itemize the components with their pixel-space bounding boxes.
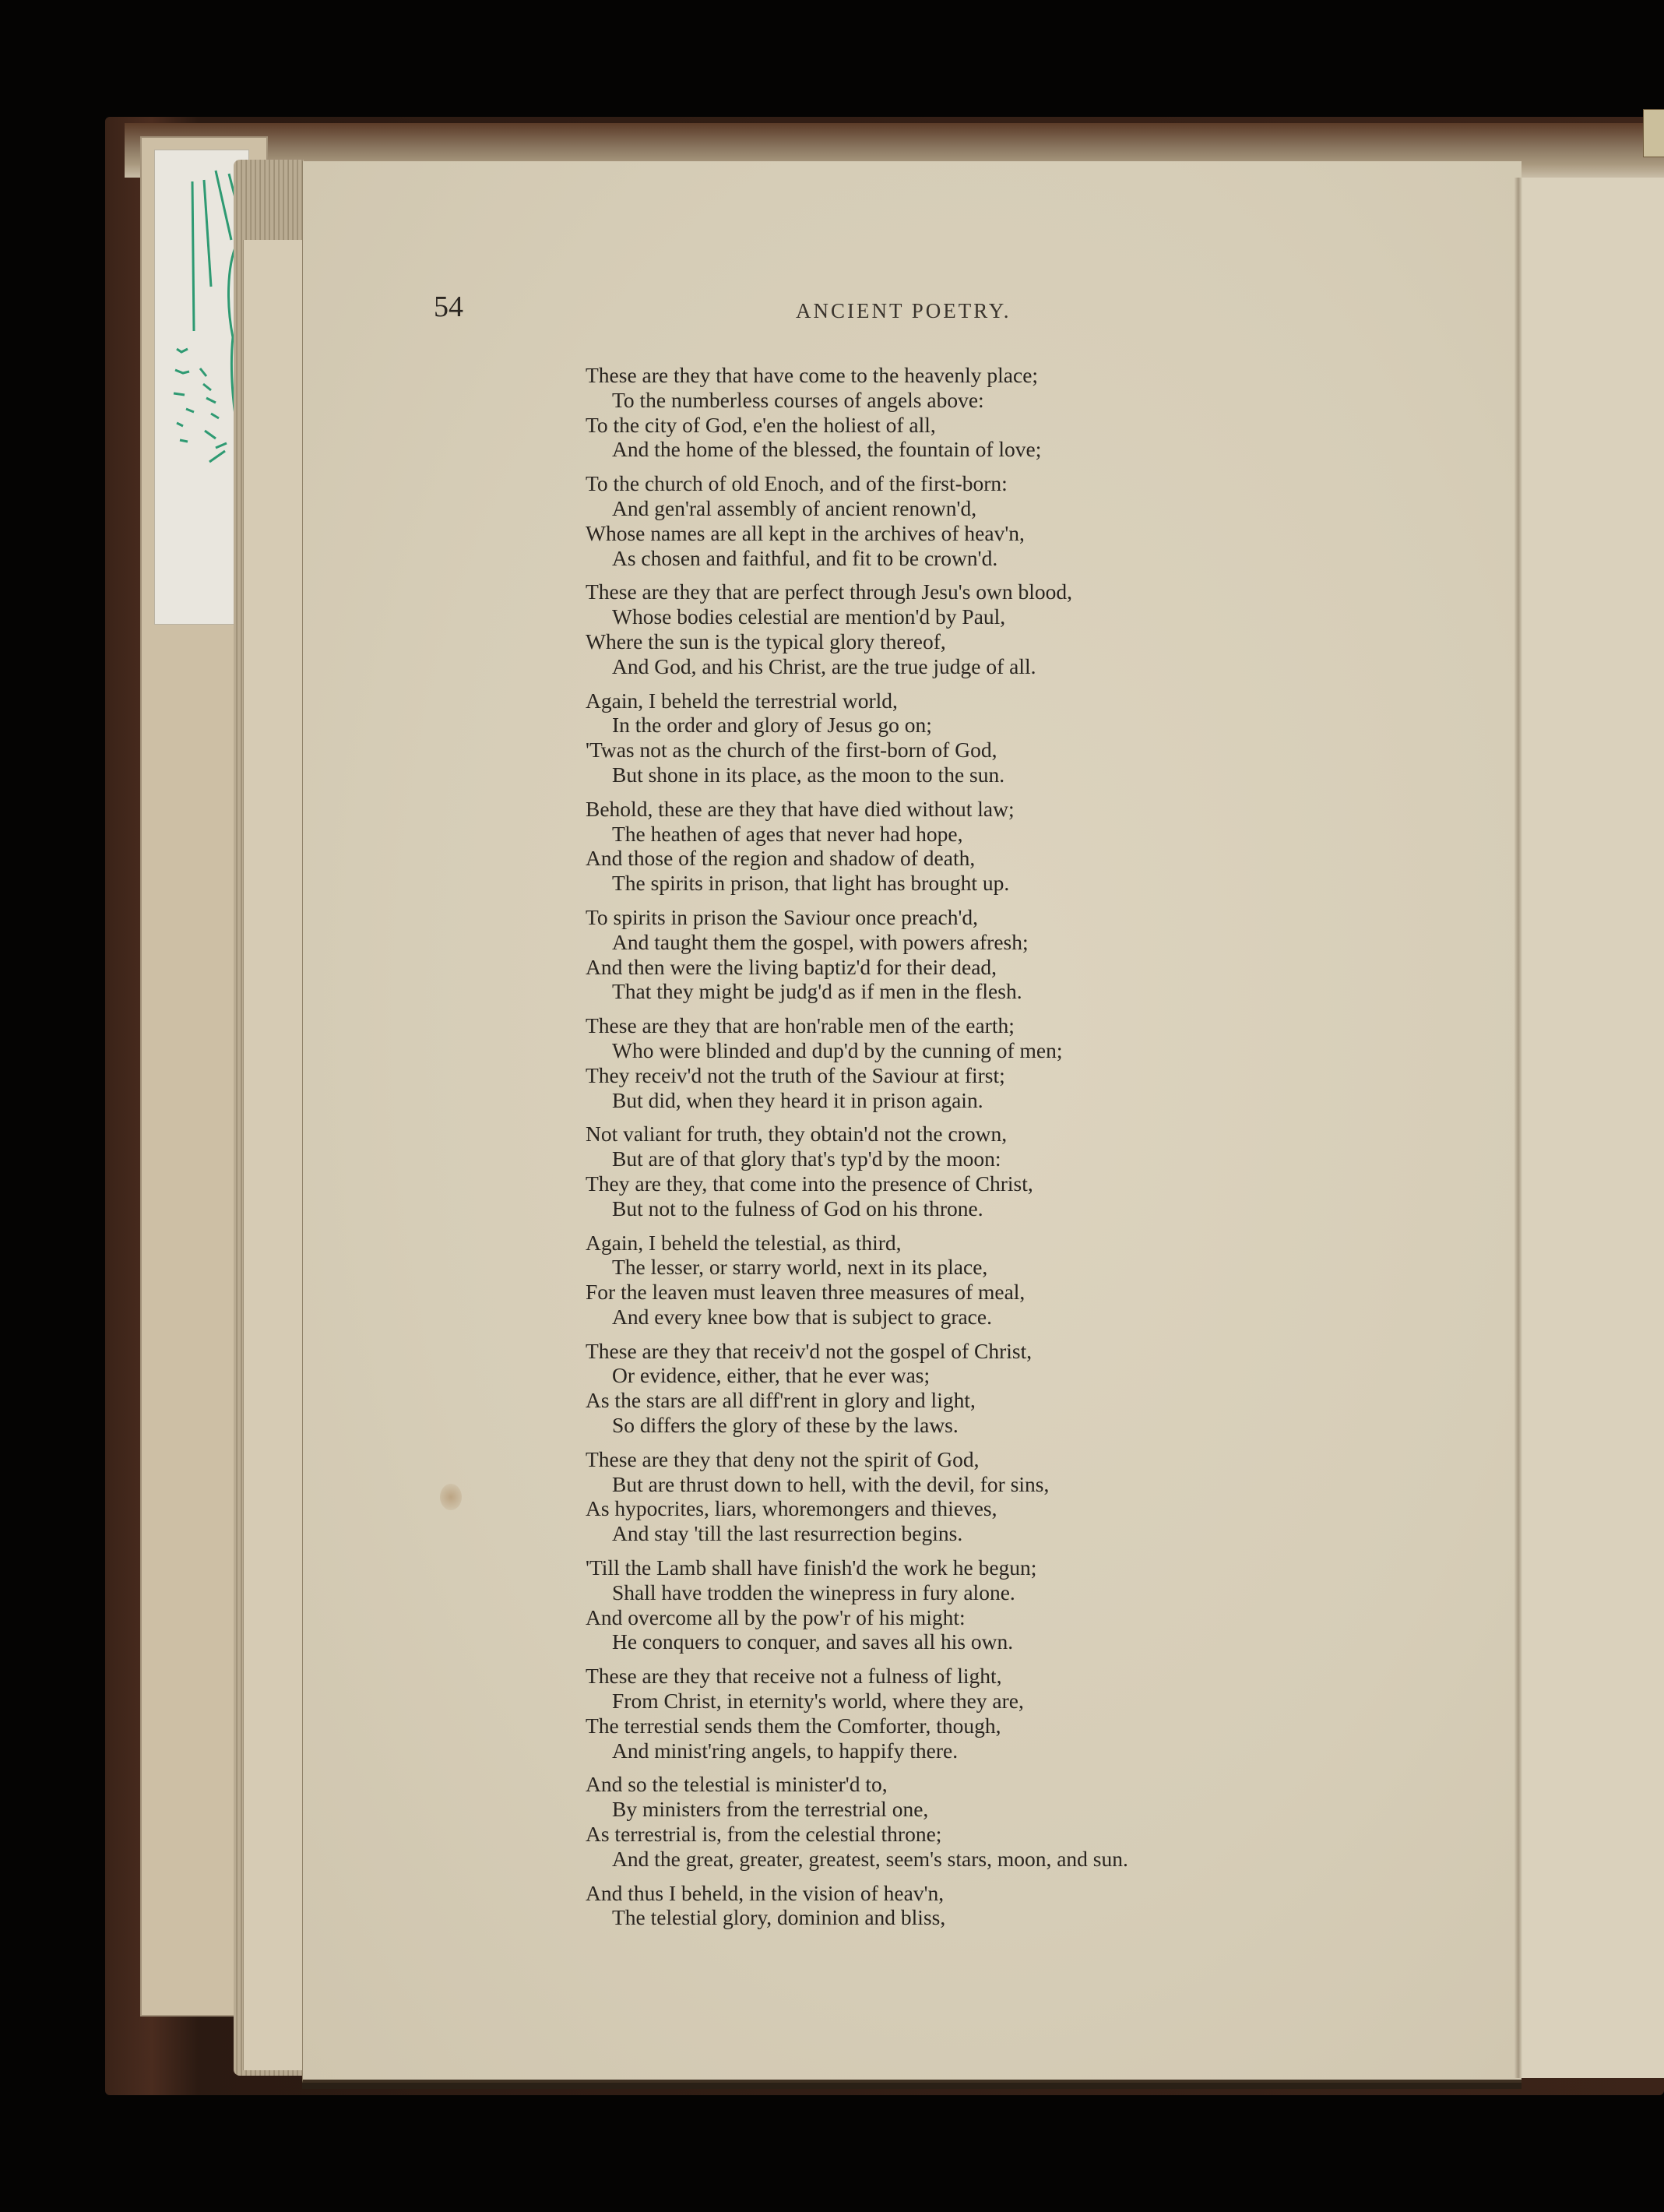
poem-line: The lesser, or starry world, next in its… — [586, 1255, 1520, 1280]
poem-line: And every knee bow that is subject to gr… — [586, 1305, 1520, 1330]
stanza: 'Till the Lamb shall have finish'd the w… — [586, 1555, 1520, 1654]
loose-page-leaf — [243, 240, 306, 2070]
poem-line: To spirits in prison the Saviour once pr… — [586, 905, 1520, 930]
poem-line: For the leaven must leaven three measure… — [586, 1280, 1520, 1305]
poem-line: The terrestial sends them the Comforter,… — [586, 1714, 1520, 1738]
stanza: These are they that are perfect through … — [586, 579, 1520, 678]
poem-line: As hypocrites, liars, whoremongers and t… — [586, 1496, 1520, 1521]
stanza: These are they that are hon'rable men of… — [586, 1013, 1520, 1112]
poem-line: And minist'ring angels, to happify there… — [586, 1738, 1520, 1763]
paper-stain — [440, 1484, 462, 1510]
poem-line: These are they that deny not the spirit … — [586, 1447, 1520, 1472]
stanza: These are they that have come to the hea… — [586, 363, 1520, 462]
poem-line: In the order and glory of Jesus go on; — [586, 713, 1520, 738]
poem-line: The spirits in prison, that light has br… — [586, 871, 1520, 896]
stanza: And so the telestial is minister'd to,By… — [586, 1772, 1520, 1871]
poem-line: And taught them the gospel, with powers … — [586, 930, 1520, 955]
stanza: These are they that receiv'd not the gos… — [586, 1339, 1520, 1438]
poem-line: They receiv'd not the truth of the Savio… — [586, 1063, 1520, 1088]
poem-line: Whose names are all kept in the archives… — [586, 521, 1520, 546]
poem-line: But are thrust down to hell, with the de… — [586, 1472, 1520, 1497]
poem-line: And thus I beheld, in the vision of heav… — [586, 1881, 1520, 1906]
stanza: And thus I beheld, in the vision of heav… — [586, 1881, 1520, 1931]
poem-line: Not valiant for truth, they obtain'd not… — [586, 1122, 1520, 1147]
stanza: Again, I beheld the telestial, as third,… — [586, 1231, 1520, 1330]
poem-line: From Christ, in eternity's world, where … — [586, 1689, 1520, 1714]
running-head: ANCIENT POETRY. — [796, 299, 1011, 323]
stanza: These are they that deny not the spirit … — [586, 1447, 1520, 1546]
poem-line: And stay 'till the last resurrection beg… — [586, 1521, 1520, 1546]
poem-line: To the church of old Enoch, and of the f… — [586, 471, 1520, 496]
poem-line: As the stars are all diff'rent in glory … — [586, 1388, 1520, 1413]
poem-line: Or evidence, either, that he ever was; — [586, 1363, 1520, 1388]
poem-line: And then were the living baptiz'd for th… — [586, 955, 1520, 980]
poem-line: The heathen of ages that never had hope, — [586, 822, 1520, 847]
poem-line: These are they that are hon'rable men of… — [586, 1013, 1520, 1038]
poem-line: And God, and his Christ, are the true ju… — [586, 654, 1520, 679]
poem-line: Again, I beheld the telestial, as third, — [586, 1231, 1520, 1256]
poem-line: By ministers from the terrestrial one, — [586, 1797, 1520, 1822]
poem-line: That they might be judg'd as if men in t… — [586, 979, 1520, 1004]
poem-line: As terrestrial is, from the celestial th… — [586, 1822, 1520, 1847]
poem-line: They are they, that come into the presen… — [586, 1171, 1520, 1196]
poem-line: As chosen and faithful, and fit to be cr… — [586, 546, 1520, 571]
poem-line: These are they that receive not a fulnes… — [586, 1664, 1520, 1689]
poem-line: And gen'ral assembly of ancient renown'd… — [586, 496, 1520, 521]
poem-line: And the great, greater, greatest, seem's… — [586, 1847, 1520, 1872]
stanza: Not valiant for truth, they obtain'd not… — [586, 1122, 1520, 1220]
poem-line: And overcome all by the pow'r of his mig… — [586, 1605, 1520, 1630]
stanza: These are they that receive not a fulnes… — [586, 1664, 1520, 1763]
stanza: To the church of old Enoch, and of the f… — [586, 471, 1520, 570]
poem-line: But not to the fulness of God on his thr… — [586, 1196, 1520, 1221]
poem-line: But shone in its place, as the moon to t… — [586, 763, 1520, 787]
page-tab-marker — [1643, 109, 1664, 157]
poem-line: 'Twas not as the church of the first-bor… — [586, 738, 1520, 763]
stanza: Behold, these are they that have died wi… — [586, 797, 1520, 896]
poem-line: But did, when they heard it in prison ag… — [586, 1088, 1520, 1113]
poem-line: He conquers to conquer, and saves all hi… — [586, 1629, 1520, 1654]
page-number: 54 — [434, 290, 463, 324]
stanza: Again, I beheld the terrestrial world,In… — [586, 689, 1520, 787]
stanza: To spirits in prison the Saviour once pr… — [586, 905, 1520, 1004]
poem-line: To the city of God, e'en the holiest of … — [586, 413, 1520, 438]
poem-line: These are they that are perfect through … — [586, 579, 1520, 604]
poem-line: 'Till the Lamb shall have finish'd the w… — [586, 1555, 1520, 1580]
poem-line: Whose bodies celestial are mention'd by … — [586, 604, 1520, 629]
poem-body: These are they that have come to the hea… — [586, 363, 1520, 1939]
facing-page-edge — [1522, 178, 1664, 2078]
poem-line: Who were blinded and dup'd by the cunnin… — [586, 1038, 1520, 1063]
poem-line: And those of the region and shadow of de… — [586, 846, 1520, 871]
poem-line: Shall have trodden the winepress in fury… — [586, 1580, 1520, 1605]
poem-line: These are they that have come to the hea… — [586, 363, 1520, 388]
poem-line: Behold, these are they that have died wi… — [586, 797, 1520, 822]
poem-line: To the numberless courses of angels abov… — [586, 388, 1520, 413]
poem-line: But are of that glory that's typ'd by th… — [586, 1147, 1520, 1171]
poem-line: And so the telestial is minister'd to, — [586, 1772, 1520, 1797]
poem-line: The telestial glory, dominion and bliss, — [586, 1905, 1520, 1930]
poem-line: And the home of the blessed, the fountai… — [586, 437, 1520, 462]
poem-line: So differs the glory of these by the law… — [586, 1413, 1520, 1438]
poem-line: Where the sun is the typical glory there… — [586, 629, 1520, 654]
poem-line: Again, I beheld the terrestrial world, — [586, 689, 1520, 713]
poem-line: These are they that receiv'd not the gos… — [586, 1339, 1520, 1364]
